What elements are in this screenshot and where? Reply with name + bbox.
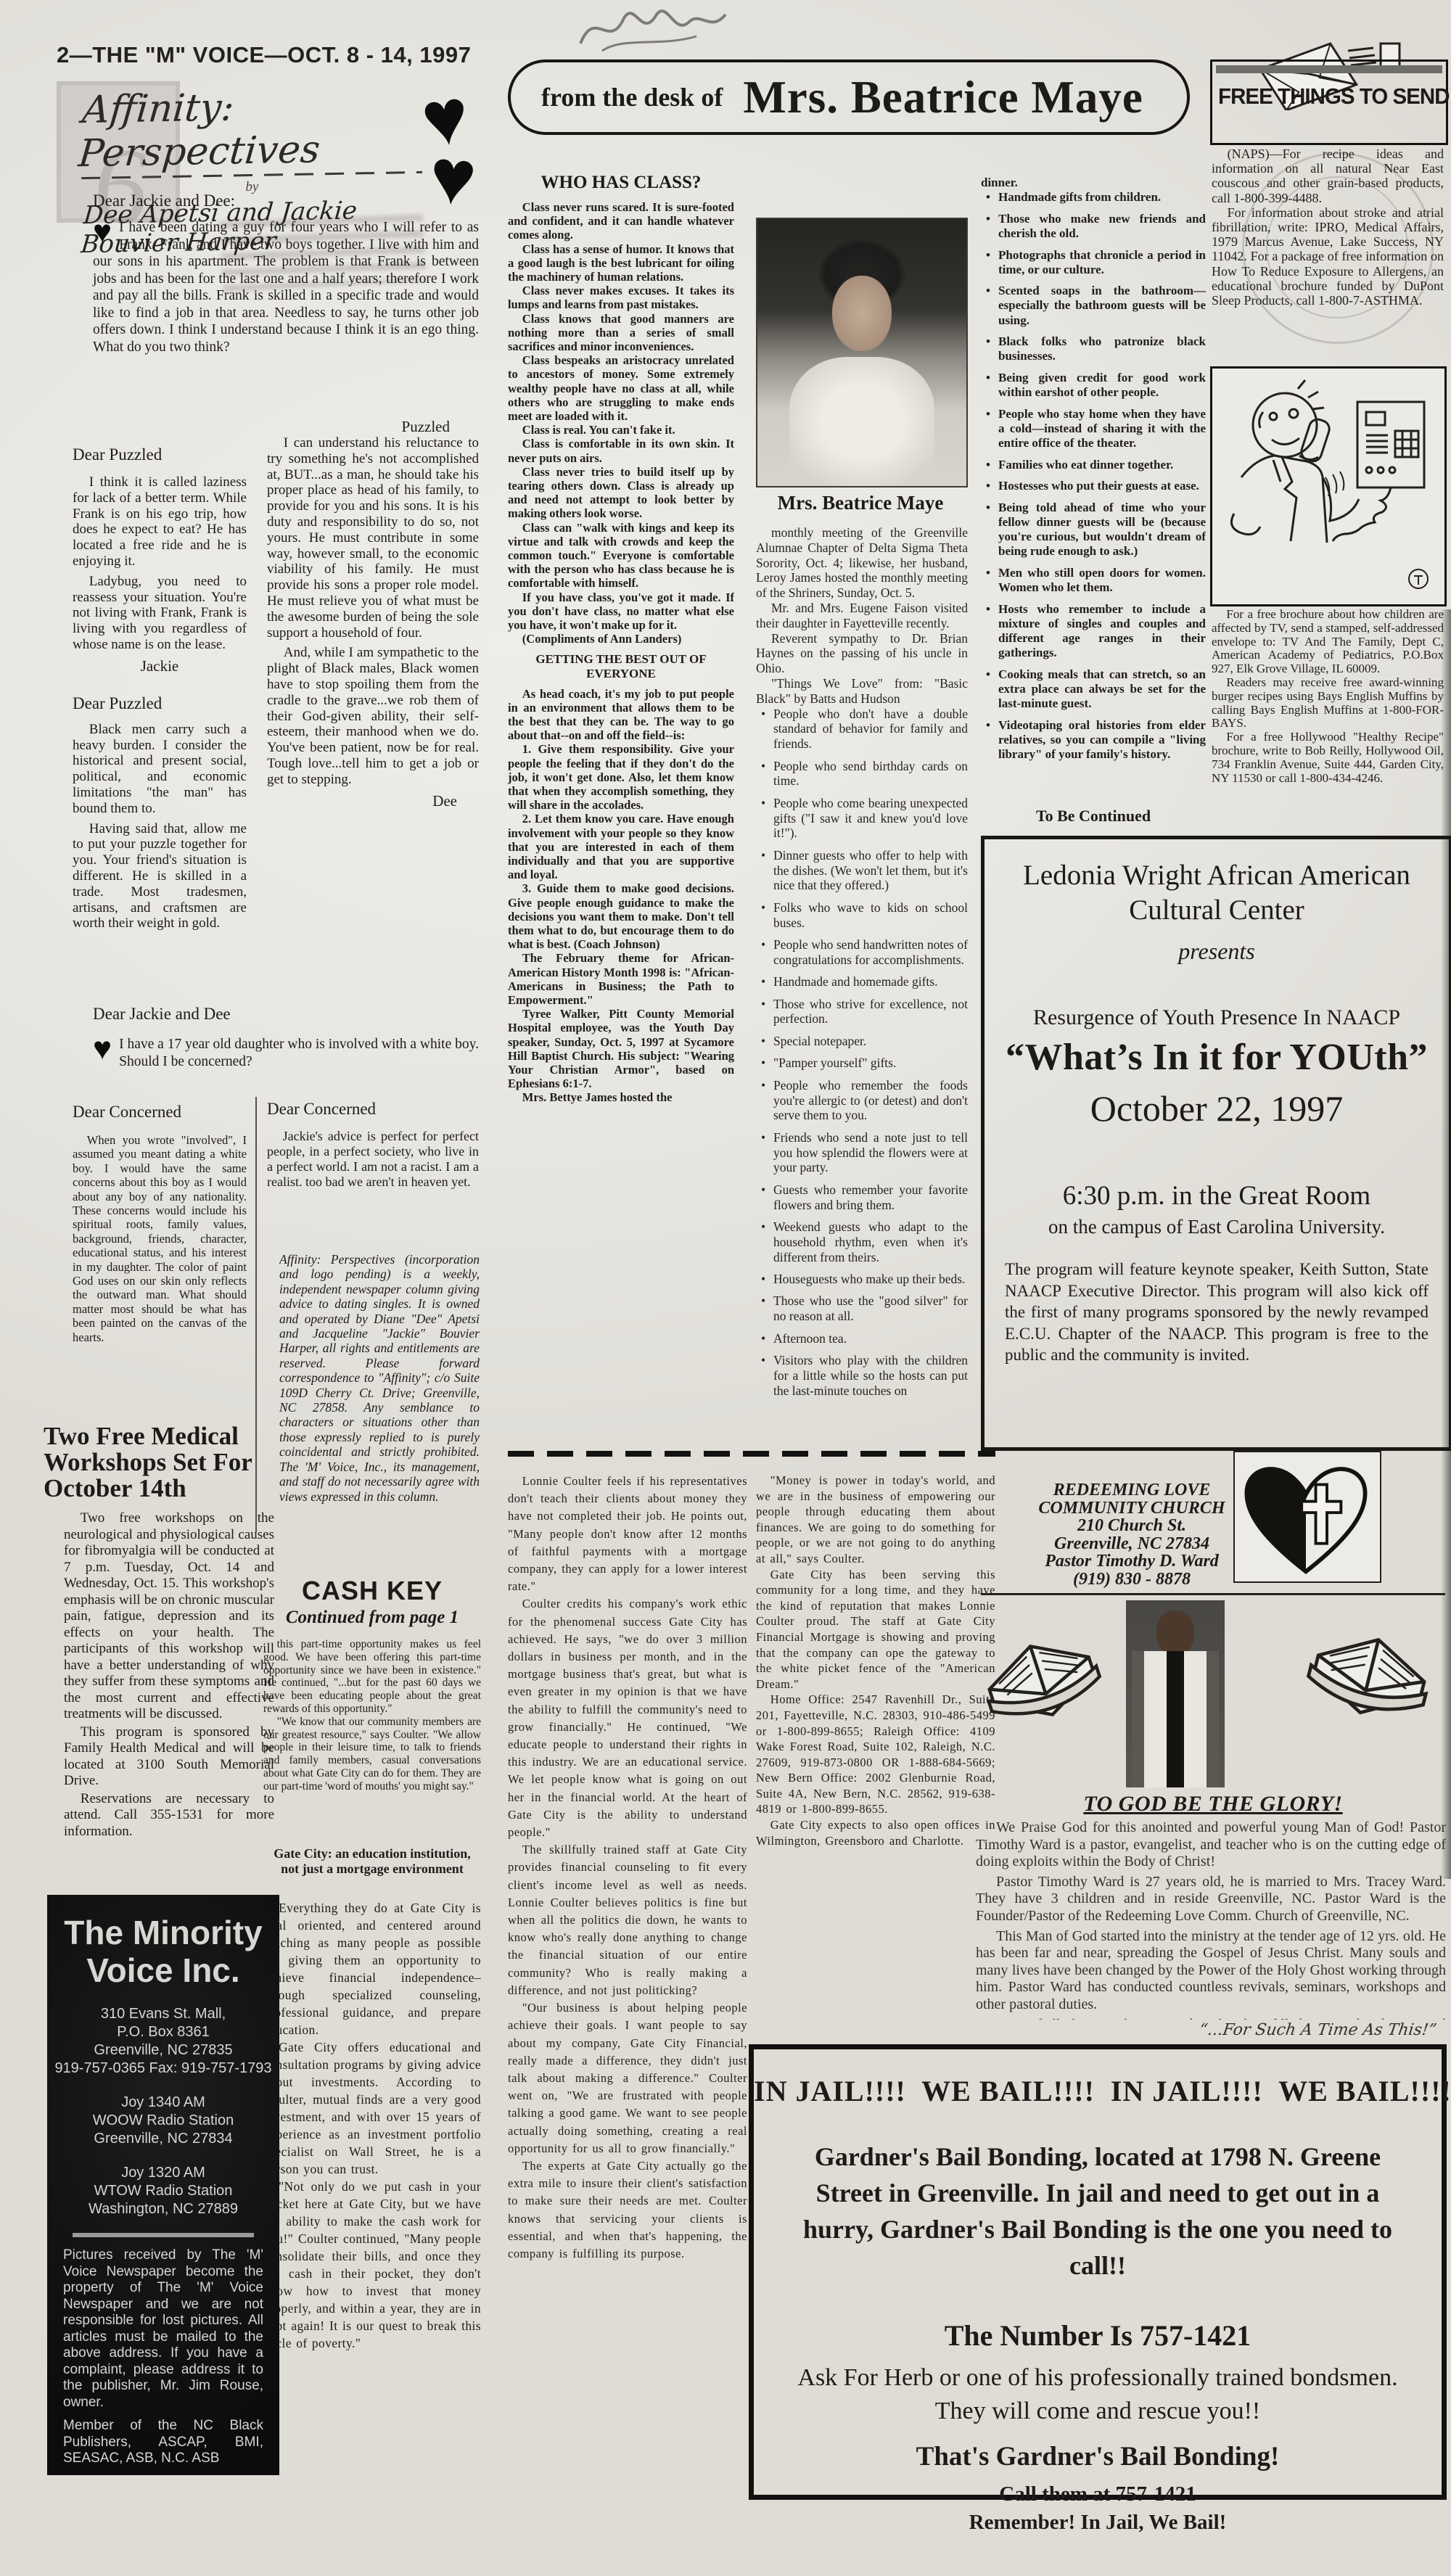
pastor-photo <box>1126 1600 1225 1787</box>
cashkey-paragraphs: this part-time opportunity makes us feel… <box>263 1638 481 1793</box>
letter2-salutation: Dear Jackie and Dee <box>93 1005 231 1024</box>
bible-clipart-icon <box>981 1605 1111 1771</box>
paragraph: Two free workshops on the neurological a… <box>64 1510 274 1723</box>
glory-text: We Praise God for this anointed and powe… <box>976 1819 1446 2020</box>
paragraph: 3. Guide them to make good decisions. Gi… <box>508 881 734 951</box>
paragraph: "Our business is about helping people ac… <box>508 1999 747 2157</box>
bullet-item: Special notepaper. <box>756 1034 968 1049</box>
reply-dee-paragraphs: I can understand his reluctance to try s… <box>267 435 479 788</box>
things-we-love-bullets: People who don't have a double standard … <box>756 707 968 1399</box>
station-line: Joy 1340 AM <box>47 2094 279 2112</box>
ledonia-line6: 6:30 p.m. in the Great Room <box>985 1180 1449 1211</box>
address-line: 919-757-0365 Fax: 919-757-1793 <box>47 2059 279 2078</box>
paragraph: 1. Give them responsibility. Give your p… <box>508 742 734 812</box>
heart-cross-logo-box <box>1233 1451 1381 1583</box>
workshops-article: Two free workshops on the neurological a… <box>64 1510 274 1890</box>
minority-voice-note: Pictures received by The 'M' Voice Newsp… <box>47 2247 279 2467</box>
cashkey-body2: Everything they do at Gate City is goal … <box>263 1899 481 2572</box>
glory-title: TO GOD BE THE GLORY! <box>981 1792 1445 1816</box>
ledonia-line5: October 22, 1997 <box>985 1087 1449 1129</box>
bullet-item: Weekend guests who adapt to the househol… <box>756 1219 968 1264</box>
paragraph: Class is comfortable in its own skin. It… <box>508 437 734 464</box>
bail-call-line: Call them at 757-1421 <box>754 2482 1442 2506</box>
reply2-salutation: Dear Puzzled <box>73 694 247 713</box>
concerned-right-paragraphs: Jackie's advice is perfect for perfect p… <box>267 1129 479 1190</box>
bail-intro: Gardner's Bail Bonding, located at 1798 … <box>783 2139 1413 2284</box>
paragraph: Mr. and Mrs. Eugene Faison visited their… <box>756 601 968 631</box>
reply-salutation: Dear Puzzled <box>73 445 247 464</box>
bullet-item: Men who still open doors for women. Wome… <box>981 566 1206 595</box>
bullet-item: Scented soaps in the bathroom—especially… <box>981 284 1206 328</box>
bullet-item: People who stay home when they have a co… <box>981 407 1206 451</box>
minority-voice-title: The Minority Voice Inc. <box>47 1914 279 1989</box>
gate-city-left-paragraphs: Lonnie Coulter feels if his representati… <box>508 1473 747 2263</box>
paragraph: "We know that our community members are … <box>263 1716 481 1793</box>
ledonia-line2: Cultural Center <box>985 893 1449 928</box>
paragraph: monthly meeting of the Greenville Alumna… <box>756 525 968 601</box>
letter2-body: ♥I have a 17 year old daughter who is in… <box>93 1036 479 1070</box>
maye-social-column: monthly meeting of the Greenville Alumna… <box>756 525 968 1447</box>
bullet-item: Houseguests who make up their beds. <box>756 1272 968 1287</box>
concerned-left-salutation: Dear Concerned <box>73 1103 247 1122</box>
column3-lead: dinner. <box>981 176 1206 190</box>
ad-divider-rule <box>73 2233 254 2237</box>
paragraph: "Money is power in today's world, and we… <box>756 1473 995 1567</box>
paragraph: Tyree Walker, Pitt County Memorial Hospi… <box>508 1007 734 1090</box>
bullet-item: Being given credit for good work within … <box>981 371 1206 400</box>
photo-robe <box>1132 1651 1219 1787</box>
station-line: Joy 1320 AM <box>47 2164 279 2182</box>
minority-voice-ad: The Minority Voice Inc. 310 Evans St. Ma… <box>47 1895 279 2475</box>
maye-header-name: Mrs. Beatrice Maye <box>743 71 1143 124</box>
paragraph: Gate City expects to also open offices i… <box>756 1817 995 1848</box>
photo-head <box>1156 1610 1194 1655</box>
ledonia-ad: Ledonia Wright African American Cultural… <box>981 836 1451 1451</box>
paragraph: For a free Hollywood "Healthy Recipe" br… <box>1212 731 1444 785</box>
cashkey-subhead: Gate City: an education institution, not… <box>263 1846 481 1877</box>
bullet-item: Being told ahead of time who your fellow… <box>981 501 1206 559</box>
paragraph: Pastor Timothy Ward is 27 years old, he … <box>976 1874 1446 1925</box>
heart-cross-icon <box>1235 1452 1377 1579</box>
paragraph: For information about stroke and atrial … <box>1212 205 1444 308</box>
ledonia-presents: presents <box>985 938 1449 965</box>
who-has-class-paragraphs: Class never runs scared. It is sure-foot… <box>508 200 734 646</box>
bullet-item: Those who use the "good silver" for no r… <box>756 1293 968 1324</box>
bullet-item: Photographs that chronicle a period in t… <box>981 248 1206 277</box>
bullet-item: Families who eat dinner together. <box>981 458 1206 472</box>
bullet-item: People who come bearing unexpected gifts… <box>756 796 968 841</box>
paragraph: Class knows that good manners are nothin… <box>508 312 734 354</box>
ledonia-line3: Resurgence of Youth Presence In NAACP <box>985 1005 1449 1030</box>
station-line: Greenville, NC 27834 <box>47 2130 279 2148</box>
reply-dee-column: I can understand his reluctance to try s… <box>267 435 479 987</box>
gate-city-right-paragraphs: "Money is power in today's world, and we… <box>756 1473 995 1848</box>
bible-clipart-icon <box>1299 1600 1440 1771</box>
reply-jackie-column: Dear Puzzled I think it is called lazine… <box>73 445 247 1005</box>
reply-jackie-signature: Jackie <box>73 657 247 675</box>
concerned-right-column: Dear Concerned Jackie's advice is perfec… <box>267 1100 479 1190</box>
address-line: 310 Evans St. Mall, <box>47 2005 279 2023</box>
paragraph: I can understand his reluctance to try s… <box>267 435 479 641</box>
church-ad-line: Pastor Timothy D. Ward <box>1016 1552 1248 1571</box>
paragraph: Class has a sense of humor. It knows tha… <box>508 242 734 284</box>
bullet-item: "Pamper yourself" gifts. <box>756 1055 968 1071</box>
bullet-item: Black folks who patronize black business… <box>981 334 1206 363</box>
paragraph: Gate City offers educational and consult… <box>263 2038 481 2178</box>
column3-bullets: Handmade gifts from children.Those who m… <box>981 190 1206 762</box>
free-things-paragraphs2: For a free brochure about how children a… <box>1212 608 1444 785</box>
bail-number-line: The Number Is 757-1421 <box>754 2318 1442 2353</box>
reply-puzzled2-paragraphs: Black men carry such a heavy burden. I c… <box>73 722 247 931</box>
paragraph: Coulter credits his company's work ethic… <box>508 1595 747 1841</box>
paragraph: And, while I am sympathetic to the pligh… <box>267 645 479 787</box>
box-top-bar <box>1216 65 1442 73</box>
free-things-text2: For a free brochure about how children a… <box>1212 608 1444 833</box>
bullet-item: Those who make new friends and cherish t… <box>981 212 1206 241</box>
cashkey-title: CASH KEY <box>265 1576 480 1606</box>
maye-header-prefix: from the desk of <box>541 82 723 112</box>
page-edition-header: 2—THE "M" VOICE—OCT. 8 - 14, 1997 <box>57 42 471 68</box>
paragraph: Gate City has been serving this communit… <box>756 1567 995 1692</box>
beatrice-maye-photo <box>756 218 968 487</box>
bail-thats-line: That's Gardner's Bail Bonding! <box>754 2441 1442 2472</box>
paragraph: "Things We Love" from: "Basic Black" by … <box>756 676 968 707</box>
bullet-item: Hosts who remember to include a mixture … <box>981 602 1206 661</box>
paragraph: Home Office: 2547 Ravenhill Dr., Suite 2… <box>756 1692 995 1817</box>
church-ad-line: 210 Church St. <box>1016 1517 1248 1535</box>
glory-paragraphs: We Praise God for this anointed and powe… <box>976 1819 1446 2020</box>
maye-header-box: from the desk of Mrs. Beatrice Maye <box>508 59 1190 135</box>
minority-voice-joy1340: Joy 1340 AMWOOW Radio StationGreenville,… <box>47 2094 279 2148</box>
paragraph: For a free brochure about how children a… <box>1212 608 1444 676</box>
paragraph: Reverent sympathy to Dr. Brian Haynes on… <box>756 631 968 676</box>
concerned-right-salutation: Dear Concerned <box>267 1100 479 1119</box>
church-ad-line: COMMUNITY CHURCH <box>1016 1499 1248 1518</box>
redeeming-church-ad: REDEEMING LOVECOMMUNITY CHURCH210 Church… <box>1016 1481 1248 1588</box>
bullet-item: Hostesses who put their guests at ease. <box>981 479 1206 493</box>
bullet-item: People who remember the foods you're all… <box>756 1078 968 1123</box>
paragraph: As head coach, it's my job to put people… <box>508 687 734 743</box>
bullet-item: Handmade and homemade gifts. <box>756 974 968 989</box>
paragraph: 2. Let them know you care. Have enough i… <box>508 812 734 881</box>
photo-caption: Mrs. Beatrice Maye <box>756 492 965 514</box>
glory-signature: “...For Such A Time As This!” <box>1116 2021 1438 2039</box>
bullet-item: Those who strive for excellence, not per… <box>756 997 968 1027</box>
paragraph: Jackie's advice is perfect for perfect p… <box>267 1129 479 1190</box>
bullet-item: Handmade gifts from children. <box>981 190 1206 205</box>
station-line: WOOW Radio Station <box>47 2112 279 2130</box>
bullet-item: Videotaping oral histories from elder re… <box>981 718 1206 762</box>
paragraph: Class never runs scared. It is sure-foot… <box>508 200 734 242</box>
paragraph: Member of the NC Black Publishers, ASCAP… <box>63 2418 263 2467</box>
newspaper-page: 6 2—THE "M" VOICE—OCT. 8 - 14, 1997 Affi… <box>0 0 1451 2576</box>
address-line: P.O. Box 8361 <box>47 2023 279 2041</box>
workshops-headline: Two Free Medical Workshops Set For Octob… <box>44 1423 261 1502</box>
heart-icon: ♥ <box>93 219 119 245</box>
paragraph: When you wrote "involved", I assumed you… <box>73 1133 247 1344</box>
paragraph: Mrs. Bettye James hosted the <box>508 1090 734 1104</box>
paragraph: Ladybug, you need to reassess your situa… <box>73 574 247 653</box>
concerned-left-paragraphs: When you wrote "involved", I assumed you… <box>73 1133 247 1344</box>
bullet-item: People who send handwritten notes of con… <box>756 937 968 968</box>
minority-voice-joy1320: Joy 1320 AMWTOW Radio StationWashington,… <box>47 2164 279 2218</box>
photo-face <box>832 276 892 351</box>
bail-remember-line: Remember! In Jail, We Bail! <box>754 2511 1442 2535</box>
ledonia-body: The program will feature keynote speaker… <box>985 1259 1449 1366</box>
paragraph: Reservations are necessary to attend. Ca… <box>64 1791 274 1840</box>
paragraph: The skillfully trained staff at Gate Cit… <box>508 1841 747 1999</box>
letter1-signature: Puzzled <box>290 418 450 436</box>
bullet-item: Visitors who play with the children for … <box>756 1353 968 1398</box>
paragraph: Class never tries to build itself up by … <box>508 465 734 521</box>
paragraph: (Compliments of Ann Landers) <box>508 632 734 646</box>
dashed-divider <box>508 1451 995 1457</box>
affinity-title: Affinity: Perspectives <box>77 83 425 176</box>
section-rule <box>981 1593 1445 1595</box>
free-things-text: (NAPS)—For recipe ideas and information … <box>1212 147 1444 364</box>
free-things-title: FREE THINGS TO SEND FOR <box>1218 83 1440 110</box>
station-line: WTOW Radio Station <box>47 2182 279 2200</box>
paragraph: This program is sponsored by Family Heal… <box>64 1724 274 1790</box>
cashkey-paragraphs2: Everything they do at Gate City is goal … <box>263 1899 481 2352</box>
free-things-paragraphs: (NAPS)—For recipe ideas and information … <box>1212 147 1444 308</box>
paragraph: Class is real. You can't fake it. <box>508 423 734 437</box>
paragraph: Pictures received by The 'M' Voice Newsp… <box>63 2247 263 2411</box>
getting-best-title: GETTING THE BEST OUT OF EVERYONE <box>508 652 734 681</box>
letter1-salutation: Dear Jackie and Dee: <box>93 192 235 210</box>
paragraph: If you have class, you've got it made. I… <box>508 590 734 633</box>
reply-dee-signature: Dee <box>267 792 479 810</box>
paragraph: This Man of God started into the ministr… <box>976 1928 1446 2014</box>
bullet-item: People who don't have a double standard … <box>756 707 968 752</box>
cashkey-body: this part-time opportunity makes us feel… <box>263 1638 481 1841</box>
maye-column3: dinner. Handmade gifts from children.Tho… <box>981 176 1206 801</box>
getting-best-paragraphs: As head coach, it's my job to put people… <box>508 687 734 1105</box>
bullet-item: Dinner guests who offer to help with the… <box>756 848 968 893</box>
paragraph: Class bespeaks an aristocracy unrelated … <box>508 353 734 423</box>
church-ad-line: REDEEMING LOVE <box>1016 1481 1248 1499</box>
bullet-item: Cooking meals that can stretch, so an ex… <box>981 667 1206 712</box>
address-line: Greenville, NC 27835 <box>47 2041 279 2059</box>
church-ad-line: Greenville, NC 27834 <box>1016 1535 1248 1553</box>
paragraph: Class can "walk with kings and keep its … <box>508 521 734 590</box>
paragraph: The experts at Gate City actually go the… <box>508 2157 747 2263</box>
reply-jackie-paragraphs: I think it is called laziness for lack o… <box>73 474 247 653</box>
paragraph: Readers may receive free award-winning b… <box>1212 676 1444 731</box>
paragraph: (NAPS)—For recipe ideas and information … <box>1212 147 1444 205</box>
paragraph: Having said that, allow me to put your p… <box>73 821 247 932</box>
hearts-icon: ♥ ♥ <box>427 86 492 223</box>
paragraph: I think it is called laziness for lack o… <box>73 474 247 569</box>
gate-city-left-column: Lonnie Coulter feels if his representati… <box>508 1473 747 2572</box>
church-ad-line: (919) 830 - 8878 <box>1016 1571 1248 1589</box>
paragraph: Class never makes excuses. It takes its … <box>508 284 734 311</box>
paragraph: The February theme for African-American … <box>508 951 734 1007</box>
paragraph: Most of all, this preacher is saved, Hol… <box>976 2017 1446 2020</box>
station-line: Washington, NC 27889 <box>47 2200 279 2218</box>
gate-city-right-column: "Money is power in today's world, and we… <box>756 1473 995 2037</box>
paragraph: this part-time opportunity makes us feel… <box>263 1638 481 1716</box>
affinity-disclaimer: Affinity: Perspectives (incorporation an… <box>279 1252 480 1560</box>
paragraph: We Praise God for this anointed and powe… <box>976 1819 1446 1871</box>
ledonia-line4: “What’s In it for YOUth” <box>985 1036 1449 1079</box>
phone-cartoon-box <box>1210 366 1447 606</box>
pen-scribble-icon <box>573 0 733 58</box>
social-paragraphs: monthly meeting of the Greenville Alumna… <box>756 525 968 707</box>
minority-voice-address: 310 Evans St. Mall,P.O. Box 8361Greenvil… <box>47 2005 279 2078</box>
letter1-body: ♥I have been dating a guy for four years… <box>93 219 479 355</box>
bullet-item: Folks who wave to kids on school buses. <box>756 900 968 931</box>
paragraph: "Not only do we put cash in your pocket … <box>263 2178 481 2352</box>
bullet-item: Guests who remember your favorite flower… <box>756 1182 968 1213</box>
bullet-item: Friends who send a note just to tell you… <box>756 1130 968 1175</box>
paragraph: Lonnie Coulter feels if his representati… <box>508 1473 747 1595</box>
ledonia-line7: on the campus of East Carolina Universit… <box>985 1216 1449 1238</box>
cashkey-continued: Continued from page 1 <box>265 1608 480 1628</box>
bail-bonding-ad: IN JAIL!!!! WE BAIL!!!! IN JAIL!!!! WE B… <box>749 2044 1447 2500</box>
bail-ask-line: Ask For Herb or one of his professionall… <box>754 2364 1442 2392</box>
who-has-class-title: WHO HAS CLASS? <box>508 173 734 193</box>
workshops-paragraphs: Two free workshops on the neurological a… <box>64 1510 274 1840</box>
paragraph: Everything they do at Gate City is goal … <box>263 1899 481 2038</box>
bullet-item: People who send birthday cards on time. <box>756 759 968 789</box>
photo-dress <box>789 357 934 486</box>
paragraph: Black men carry such a heavy burden. I c… <box>73 722 247 817</box>
man-on-phone-cartoon-icon <box>1212 369 1440 600</box>
bail-headline: IN JAIL!!!! WE BAIL!!!! IN JAIL!!!! WE B… <box>754 2074 1442 2108</box>
bail-rescue-line: They will come and rescue you!! <box>754 2398 1442 2425</box>
bullet-item: Afternoon tea. <box>756 1331 968 1346</box>
ledonia-line1: Ledonia Wright African American <box>985 858 1449 893</box>
heart-icon: ♥ <box>93 1036 119 1062</box>
to-be-continued: To Be Continued <box>981 807 1206 826</box>
free-things-box: FREE THINGS TO SEND FOR <box>1210 59 1448 145</box>
concerned-left-column: Dear Concerned When you wrote "involved"… <box>73 1103 247 1415</box>
who-has-class-column: WHO HAS CLASS? Class never runs scared. … <box>508 173 734 1449</box>
